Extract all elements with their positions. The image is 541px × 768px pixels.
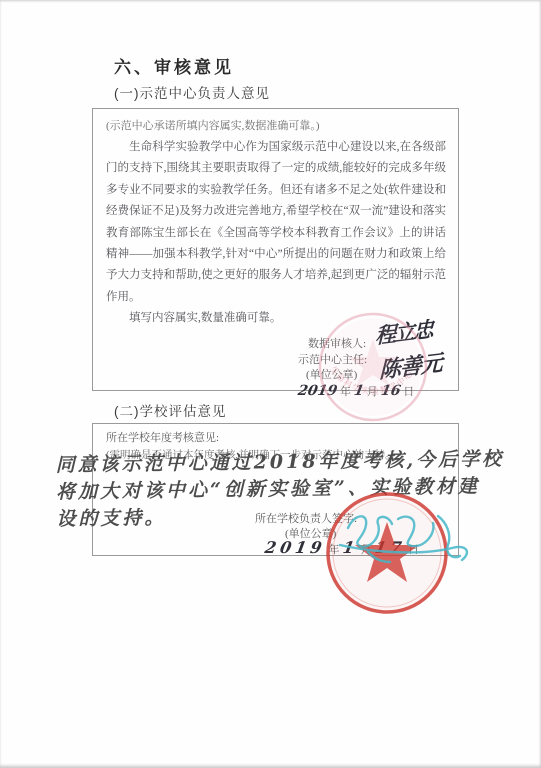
year-char-2: 年 [329, 544, 340, 556]
center-leader-opinion-box: (示范中心承诺所填内容属实,数据准确可靠。) 生命科学实验教学中心作为国家级示范… [92, 108, 459, 391]
handwritten-school-opinion: 同意该示范中心通过2018年度考核,今后学校 将加大对该中心“创新实验室”、实验… [55, 446, 516, 533]
section2-title: (二)学校评估意见 [114, 400, 227, 420]
day-char: 日 [403, 386, 414, 398]
review-date: 2019年1月16日 [298, 384, 417, 401]
opinion-paragraph: 生命科学实验教学中心作为国家级示范中心建设以来,在各级部门的支持下,围绕其主要职… [106, 137, 446, 308]
school-date-year: 2019 [264, 541, 327, 556]
day-char-2: 日 [408, 544, 419, 556]
promise-line: (示范中心承诺所填内容属实,数据准确可靠。) [106, 116, 446, 137]
school-date: 2019年1月17日 [255, 541, 422, 558]
center-leader-opinion-content: (示范中心承诺所填内容属实,数据准确可靠。) 生命科学实验教学中心作为国家级示范… [93, 109, 458, 330]
month-char-2: 月 [361, 544, 372, 556]
school-date-month: 1 [341, 541, 359, 556]
review-date-year: 2019 [297, 384, 339, 400]
center-director-signature: 陈善元 [379, 346, 442, 385]
school-date-day: 17 [373, 541, 406, 556]
section1-title: (一)示范中心负责人意见 [114, 82, 270, 102]
month-char: 月 [367, 386, 378, 398]
data-reviewer-signature: 程立忠 [375, 313, 432, 350]
review-date-day: 16 [379, 384, 401, 400]
year-char: 年 [340, 386, 351, 398]
review-date-month: 1 [353, 384, 365, 400]
scanned-document-page: 六、审核意见 (一)示范中心负责人意见 (示范中心承诺所填内容属实,数据准确可靠… [0, 0, 541, 768]
school-assessment-label: 所在学校年度考核意见: [106, 429, 458, 445]
page-title: 六、审核意见 [114, 53, 234, 78]
